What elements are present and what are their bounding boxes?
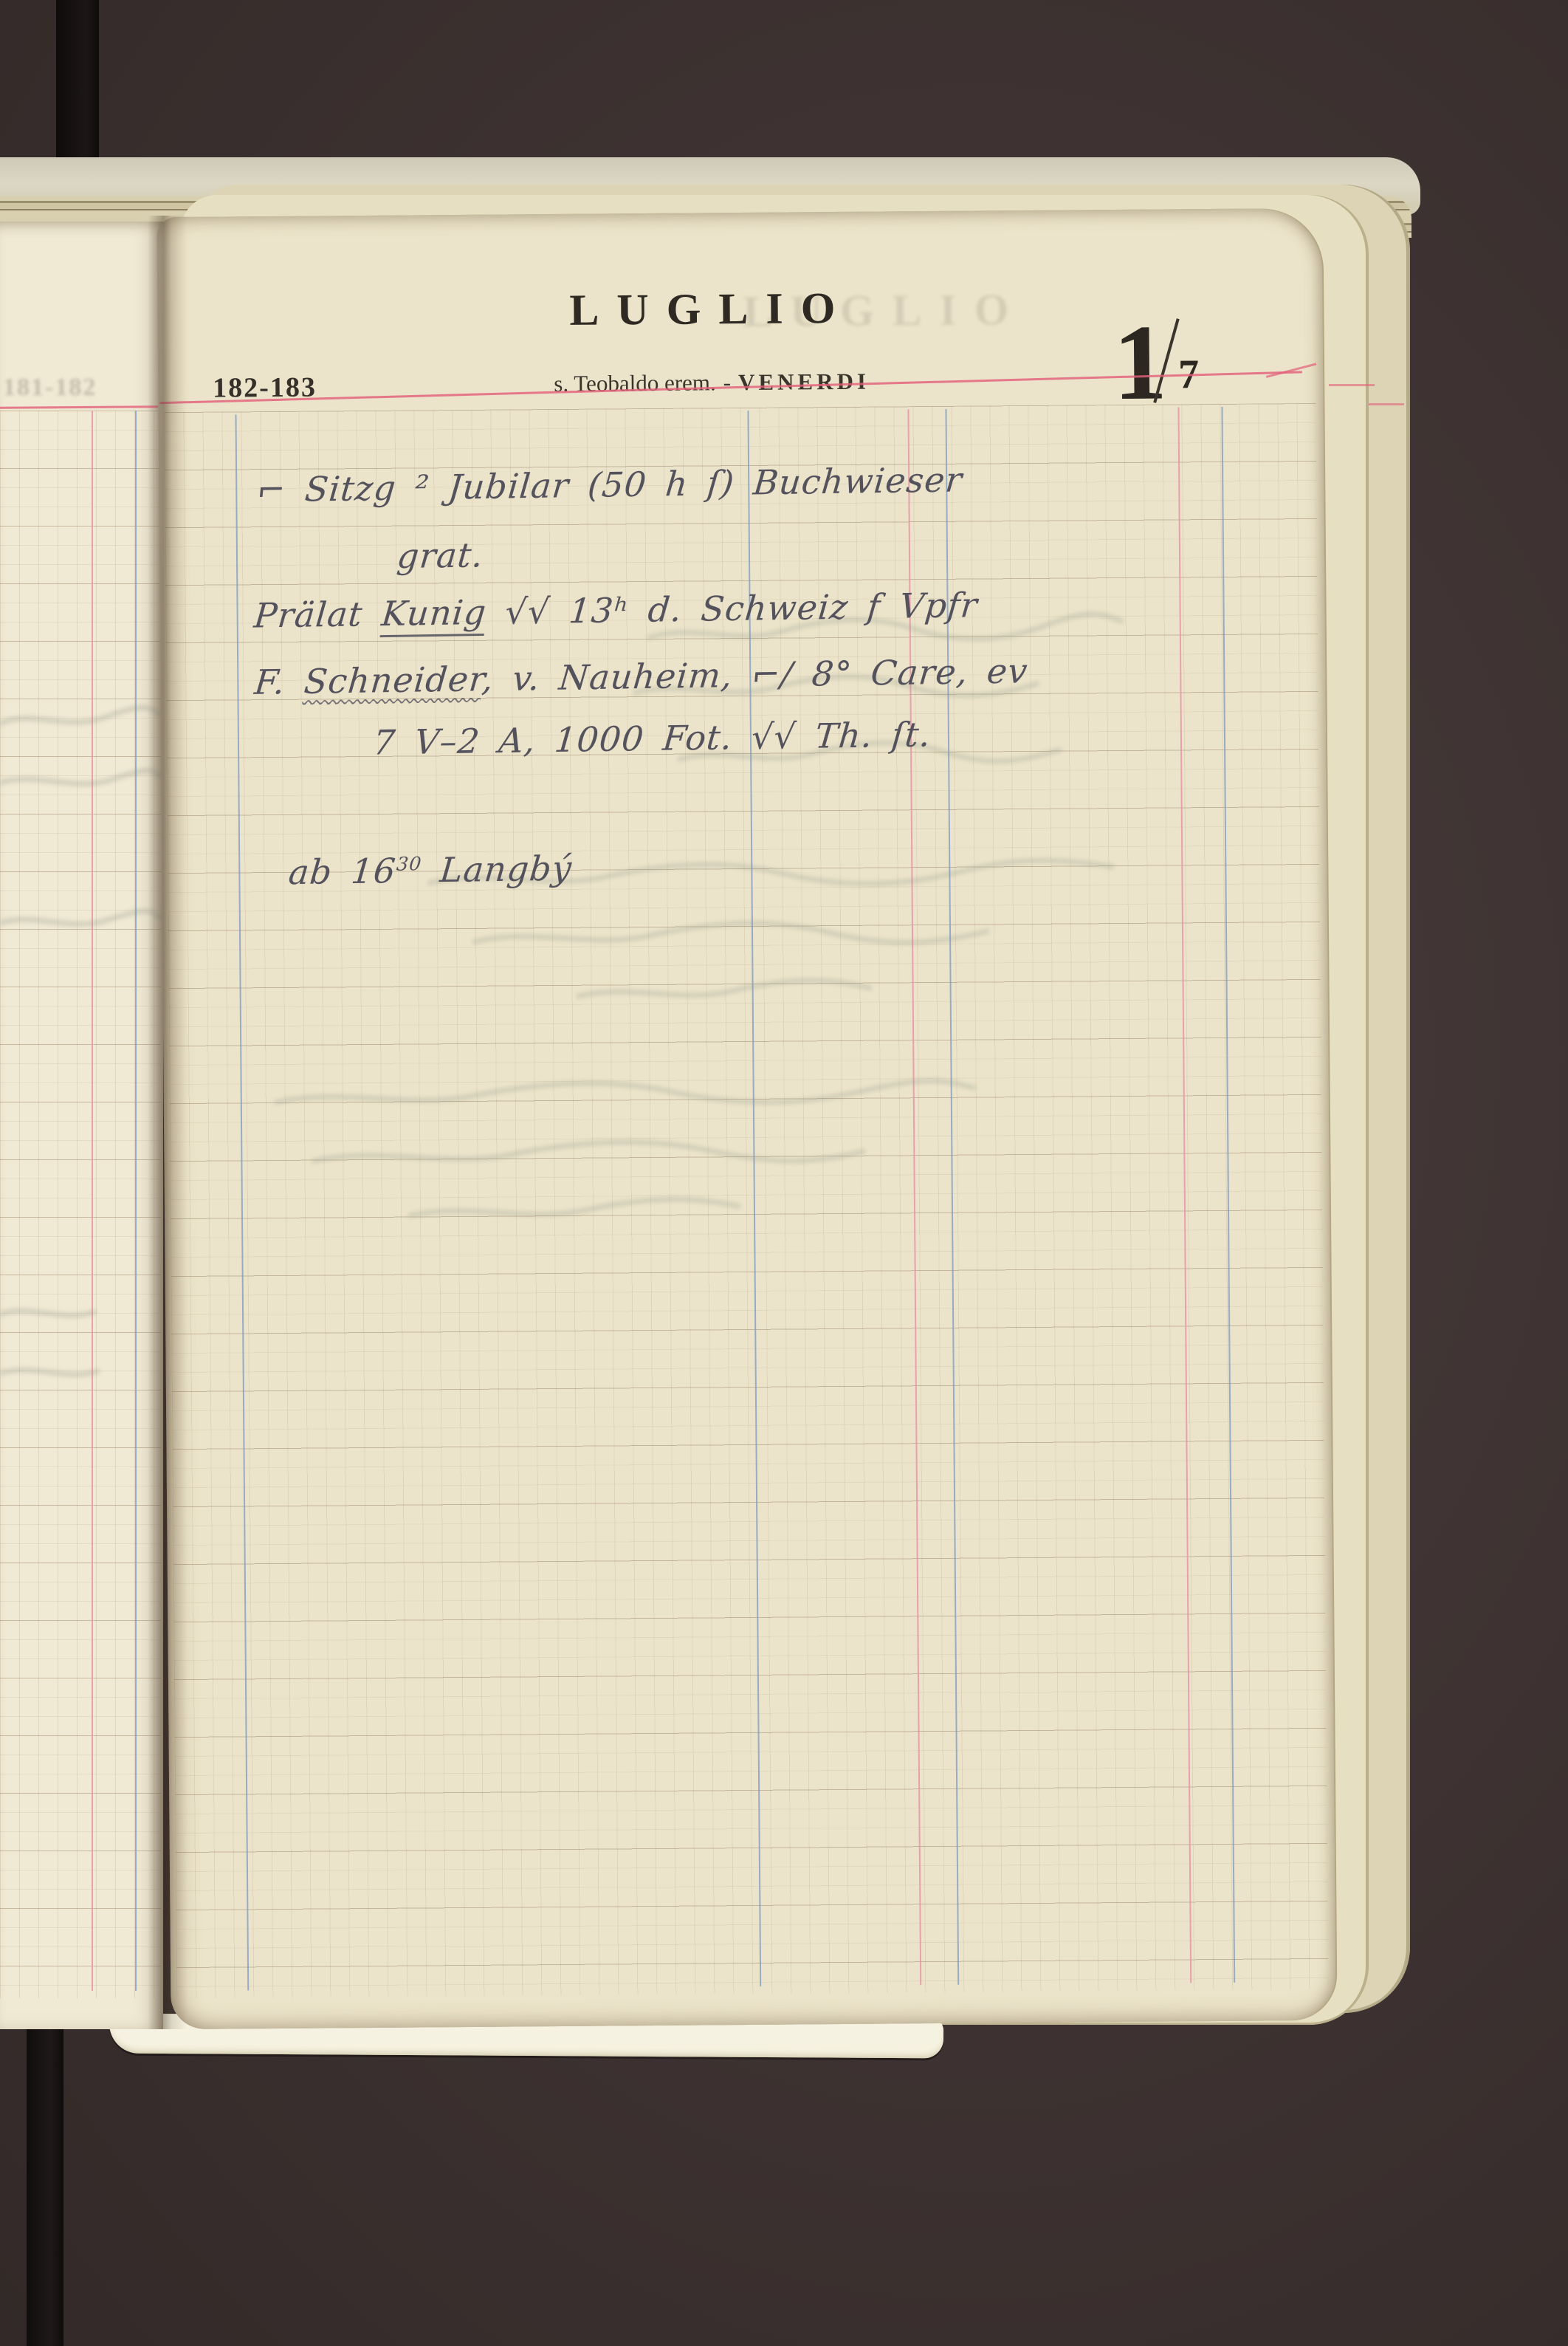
graph-paper-grid xyxy=(164,403,1328,1998)
handwriting-text: F. xyxy=(253,662,306,702)
month-title: LUGLIO xyxy=(530,282,893,336)
left-page-blue-margin-line xyxy=(135,411,137,1991)
left-page-grid xyxy=(0,411,161,1998)
under-sheet-pink-rule-tick xyxy=(1329,384,1375,386)
underlined-name: Kunig xyxy=(379,592,488,637)
diary-page: LUGLIO LUGLIO 182-183 s. Teobaldo erem.-… xyxy=(157,208,1335,2029)
left-page-strip: 181-182 xyxy=(0,222,163,2029)
weekday: VENERDI xyxy=(738,368,870,395)
day-number: 1 xyxy=(1113,308,1167,416)
gutter-shadow xyxy=(148,216,188,2029)
scanned-diary-photo: 181-182 LUGLIO LUGLIO 182-183 s. Teobald… xyxy=(0,0,1568,2346)
wavy-underlined-name: Schneider xyxy=(303,659,484,702)
book-spine-edge-bottom xyxy=(27,1994,63,2346)
handwriting-text: , v. Nauheim, ⌐/ 8° Care, ev xyxy=(481,651,1030,699)
left-page-pink-margin-line xyxy=(92,411,93,1991)
ghost-page-numbers: 181-182 xyxy=(3,374,97,402)
handwriting-line-5: 7 V–2 A, 1000 Fot. √√ Th. ſt. xyxy=(371,714,932,762)
handwriting-text: ab 16 xyxy=(287,851,398,892)
superscript-time: 30 xyxy=(396,853,423,875)
left-page-pink-rule xyxy=(0,405,158,408)
book-spine-edge-top xyxy=(56,0,99,177)
header-pink-rule-right-curve xyxy=(1266,363,1317,377)
handwriting-text: √√ 13ʰ d. Schweiz f Vpfr xyxy=(484,585,979,632)
handwriting-text: Langbý xyxy=(419,848,574,890)
separator: - xyxy=(723,369,732,395)
handwriting-line-6: ab 1630 Langbý xyxy=(287,848,574,892)
handwriting-text: Prälat xyxy=(252,594,384,636)
handwriting-line-2: grat. xyxy=(396,535,486,576)
